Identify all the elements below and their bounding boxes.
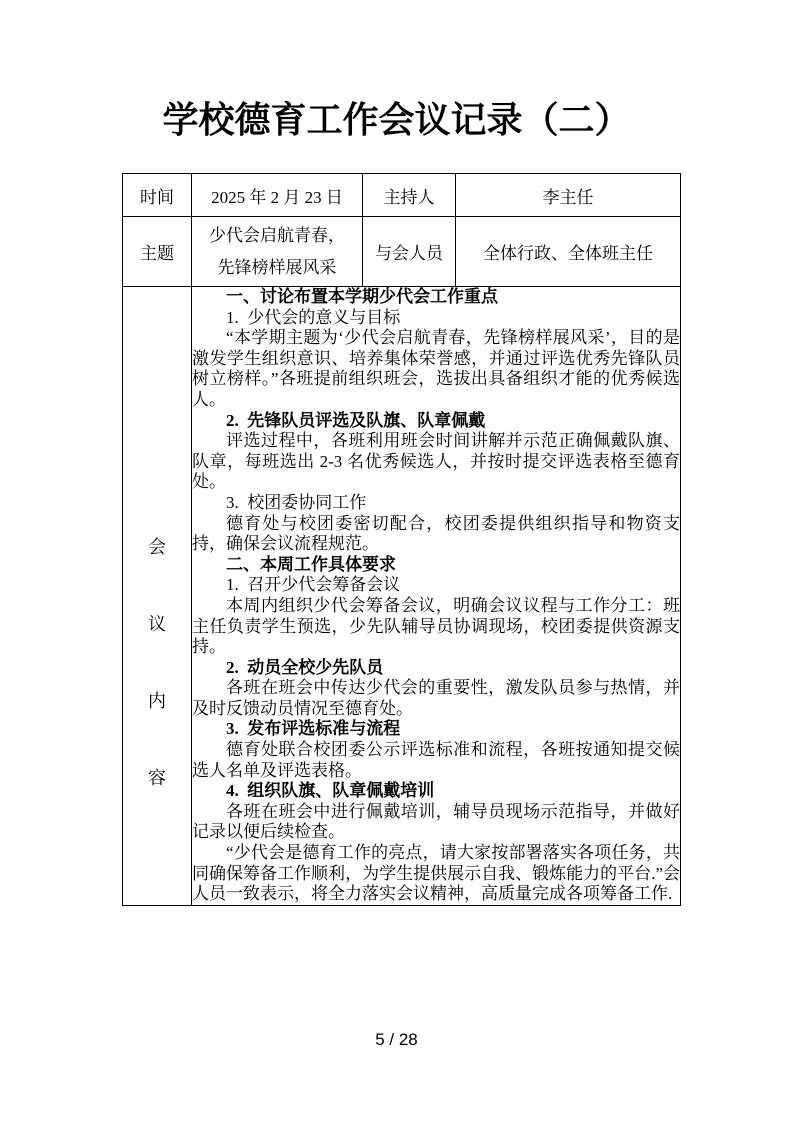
table-row-topic: 主题 少代会启航青春， 先锋榜样展风采 与会人员 全体行政、全体班主任 — [123, 217, 681, 287]
item-heading: 4. 组织队旗、队章佩戴培训 — [192, 781, 680, 802]
table-row-time: 时间 2025 年 2 月 23 日 主持人 李主任 — [123, 174, 681, 217]
meeting-content-vertical-label: 会 议 内 容 — [123, 401, 191, 790]
closing-paragraph: “少代会是德育工作的亮点，请大家按部署落实各项任务，共同确保筹备工作顺利，为学生… — [192, 843, 680, 905]
meeting-content-cell: 一、讨论布置本学期少代会工作重点 1. 少代会的意义与目标 “本学期主题为‘少代… — [192, 287, 681, 906]
attendees-label: 与会人员 — [363, 217, 456, 287]
vertical-label-char: 内 — [148, 687, 166, 713]
topic-label: 主题 — [123, 217, 192, 287]
page-number: 5 / 28 — [0, 1030, 793, 1050]
paragraph: 各班在班会中传达少代会的重要性，激发队员参与热情，并及时反馈动员情况至德育处。 — [192, 678, 680, 719]
meeting-record-table: 时间 2025 年 2 月 23 日 主持人 李主任 主题 少代会启航青春， 先… — [122, 173, 681, 906]
document-title: 学校德育工作会议记录（二） — [0, 96, 793, 144]
table-row-content: 会 议 内 容 一、讨论布置本学期少代会工作重点 1. 少代会的意义与目标 “本… — [123, 287, 681, 906]
item-heading: 3. 校团委协同工作 — [192, 493, 680, 514]
vertical-label-char: 容 — [148, 764, 166, 790]
time-label: 时间 — [123, 174, 192, 217]
item-heading: 2. 动员全校少先队员 — [192, 658, 680, 679]
item-heading: 1. 少代会的意义与目标 — [192, 308, 680, 329]
topic-line-2: 先锋榜样展风采 — [192, 252, 362, 284]
attendees-value: 全体行政、全体班主任 — [456, 217, 681, 287]
paragraph: 评选过程中，各班利用班会时间讲解并示范正确佩戴队旗、队章，每班选出 2-3 名优… — [192, 431, 680, 493]
vertical-label-char: 会 — [148, 533, 166, 559]
document-page: 学校德育工作会议记录（二） 时间 2025 年 2 月 23 日 主持人 李主任… — [0, 0, 793, 1122]
topic-value: 少代会启航青春， 先锋榜样展风采 — [192, 217, 363, 287]
host-label: 主持人 — [363, 174, 456, 217]
paragraph: 德育处与校团委密切配合，校团委提供组织指导和物资支持，确保会议流程规范。 — [192, 514, 680, 555]
item-heading: 1. 召开少代会筹备会议 — [192, 575, 680, 596]
meeting-content-label-cell: 会 议 内 容 — [123, 287, 192, 906]
paragraph: 各班在班会中进行佩戴培训，辅导员现场示范指导，并做好记录以便后续检查。 — [192, 802, 680, 843]
host-value: 李主任 — [456, 174, 681, 217]
section-heading: 一、讨论布置本学期少代会工作重点 — [192, 287, 680, 308]
time-value: 2025 年 2 月 23 日 — [192, 174, 363, 217]
vertical-label-char: 议 — [148, 610, 166, 636]
topic-line-1: 少代会启航青春， — [192, 220, 362, 252]
item-heading: 3. 发布评选标准与流程 — [192, 719, 680, 740]
item-heading: 2. 先锋队员评选及队旗、队章佩戴 — [192, 411, 680, 432]
section-heading: 二、本周工作具体要求 — [192, 555, 680, 576]
paragraph: “本学期主题为‘少代会启航青春，先锋榜样展风采’，目的是激发学生组织意识、培养集… — [192, 328, 680, 410]
paragraph: 本周内组织少代会筹备会议，明确会议议程与工作分工：班主任负责学生预选，少先队辅导… — [192, 596, 680, 658]
paragraph: 德育处联合校团委公示评选标准和流程，各班按通知提交候选人名单及评选表格。 — [192, 740, 680, 781]
